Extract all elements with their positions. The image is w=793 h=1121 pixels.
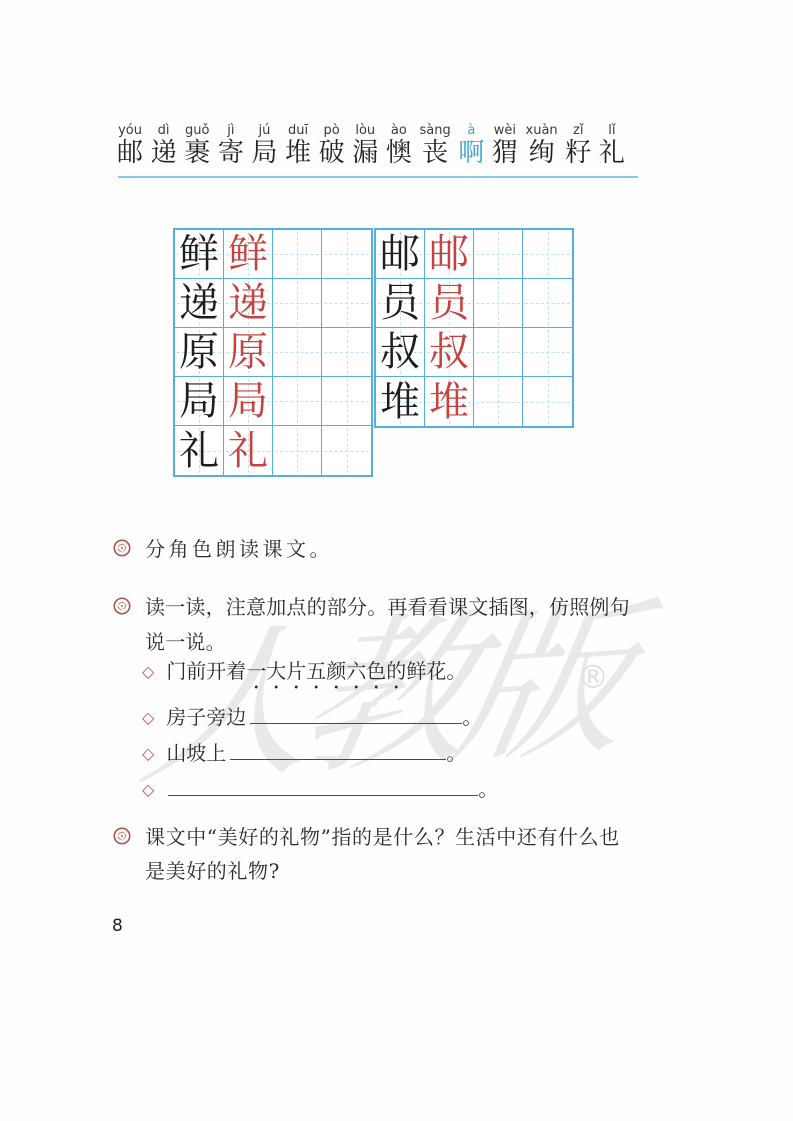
grid-cell-empty (322, 328, 371, 377)
grid-cell-empty (322, 426, 371, 475)
hanzi-char: 堆 (285, 138, 311, 168)
sentence-suffix: 鲜花 (406, 659, 446, 683)
answer-blank-line (168, 780, 478, 796)
grid-cell-trace: 叔 (425, 328, 474, 377)
pinyin-label: xuàn (526, 124, 558, 138)
fill-blank-row-3: ◇。 (142, 776, 498, 803)
fill-blank-row-1: ◇房子旁边。 (142, 704, 482, 731)
hanzi-char: 猬 (492, 138, 518, 168)
grid-cell-model: 递 (175, 279, 224, 328)
grid-cell-empty (474, 279, 523, 328)
diamond-bullet-icon: ◇ (142, 708, 154, 727)
grid-cell-empty (322, 377, 371, 426)
hanzi-char: 局 (251, 138, 277, 168)
grid-cell-empty (474, 328, 523, 377)
pinyin-label: lòu (355, 124, 375, 138)
grid-cell-empty (474, 377, 523, 426)
hanzi-char: 寄 (218, 138, 244, 168)
hanzi-char: 籽 (565, 138, 591, 168)
exercise-1-text: 分角色朗读课文。 (145, 536, 333, 562)
grid-cell-model: 堆 (376, 377, 425, 426)
word-item: lòu漏 (352, 124, 378, 168)
hanzi-char: 递 (151, 138, 177, 168)
diamond-bullet-icon: ◇ (142, 780, 154, 799)
hanzi-char: 礼 (599, 138, 625, 168)
pinyin-word-list: yóu邮 dì递 guǒ裹 jì寄 jú局 duī堆 pò破 lòu漏 ào懊 … (117, 124, 625, 168)
grid-cell-empty (322, 230, 371, 279)
grid-cell-empty (523, 230, 572, 279)
grid-cell-empty (273, 230, 322, 279)
diamond-bullet-icon: ◇ (142, 662, 154, 681)
grid-cell-trace: 局 (224, 377, 273, 426)
word-item: dì递 (151, 124, 177, 168)
hanzi-char: 丧 (422, 138, 448, 168)
grid-cell-empty (273, 426, 322, 475)
grid-cell-empty (273, 279, 322, 328)
grid-cell-model: 礼 (175, 426, 224, 475)
hanzi-char: 破 (319, 138, 345, 168)
hanzi-char: 邮 (117, 138, 143, 168)
grid-cell-model: 叔 (376, 328, 425, 377)
grid-cell-trace: 鲜 (224, 230, 273, 279)
grid-cell-empty (474, 230, 523, 279)
pinyin-label: pò (324, 124, 340, 138)
pinyin-label: sàng (419, 124, 450, 138)
exercise-bullet-icon (113, 827, 131, 845)
pinyin-label: à (467, 124, 475, 138)
grid-cell-empty (322, 279, 371, 328)
grid-cell-trace: 邮 (425, 230, 474, 279)
grid-cell-empty (523, 377, 572, 426)
pinyin-label: wèi (494, 124, 516, 138)
page-number: 8 (112, 916, 123, 936)
exercise-3-text-line1: 课文中“美好的礼物”指的是什么？生活中还有什么也 (145, 824, 620, 850)
textbook-page: 人教版 ® yóu邮 dì递 guǒ裹 jì寄 jú局 duī堆 pò破 lòu… (0, 0, 793, 1121)
word-item: xuàn绚 (526, 124, 558, 168)
pinyin-label: lǐ (608, 124, 615, 138)
grid-cell-model: 邮 (376, 230, 425, 279)
writing-grid-left: 鲜 鲜 递 递 原 原 局 局 礼 礼 (173, 228, 373, 477)
word-item: sàng丧 (419, 124, 450, 168)
grid-cell-model: 员 (376, 279, 425, 328)
blank-prefix: 房子旁边 (166, 705, 246, 729)
grid-cell-empty (523, 279, 572, 328)
exercise-bullet-icon (113, 597, 131, 615)
blank-period: 。 (446, 741, 466, 765)
example-sentence: ◇门前开着一大片五颜六色的鲜花。 (142, 658, 466, 694)
grid-cell-trace: 员 (425, 279, 474, 328)
registered-trademark-icon: ® (577, 658, 609, 696)
pinyin-label: guǒ (185, 124, 209, 138)
grid-cell-trace: 堆 (425, 377, 474, 426)
diamond-bullet-icon: ◇ (142, 744, 154, 763)
exercise-2-text-line1: 读一读，注意加点的部分。再看看课文插图，仿照例句 (145, 594, 630, 620)
sentence-period: 。 (446, 659, 466, 683)
hanzi-char: 懊 (386, 138, 412, 168)
answer-blank-line (250, 708, 462, 724)
grid-cell-trace: 礼 (224, 426, 273, 475)
hanzi-char: 漏 (352, 138, 378, 168)
grid-cell-trace: 原 (224, 328, 273, 377)
grid-cell-model: 局 (175, 377, 224, 426)
hanzi-char: 裹 (184, 138, 210, 168)
divider-line (118, 176, 638, 178)
exercise-2-text-line2: 说一说。 (145, 629, 226, 655)
word-item: yóu邮 (117, 124, 143, 168)
grid-cell-empty (273, 328, 322, 377)
fill-blank-row-2: ◇山坡上。 (142, 740, 466, 767)
pinyin-label: ào (391, 124, 407, 138)
word-item: zǐ籽 (565, 124, 591, 168)
word-item-highlighted: à啊 (458, 124, 484, 168)
word-item: jì寄 (218, 124, 244, 168)
word-item: pò破 (319, 124, 345, 168)
writing-grid-right: 邮 邮 员 员 叔 叔 堆 堆 (374, 228, 574, 428)
pinyin-label: yóu (118, 124, 142, 138)
exercise-3-text-line2: 是美好的礼物? (145, 858, 280, 884)
grid-cell-trace: 递 (224, 279, 273, 328)
blank-period: 。 (478, 777, 498, 801)
word-item: wèi猬 (492, 124, 518, 168)
grid-cell-model: 鲜 (175, 230, 224, 279)
answer-blank-line (230, 744, 446, 760)
word-item: ào懊 (386, 124, 412, 168)
grid-cell-model: 原 (175, 328, 224, 377)
pinyin-label: jì (227, 124, 234, 138)
sentence-prefix: 门前开着 (166, 659, 246, 683)
word-item: duī堆 (285, 124, 311, 168)
pinyin-label: jú (259, 124, 271, 138)
sentence-emphasized: 一大片五颜六色的 (246, 659, 406, 683)
pinyin-label: duī (288, 124, 308, 138)
word-item: guǒ裹 (184, 124, 210, 168)
hanzi-char: 绚 (529, 138, 555, 168)
hanzi-char: 啊 (458, 138, 484, 168)
exercise-bullet-icon (113, 539, 131, 557)
grid-cell-empty (523, 328, 572, 377)
blank-prefix: 山坡上 (166, 741, 226, 765)
pinyin-label: zǐ (573, 124, 583, 138)
blank-period: 。 (462, 705, 482, 729)
word-item: lǐ礼 (599, 124, 625, 168)
pinyin-label: dì (158, 124, 170, 138)
grid-cell-empty (273, 377, 322, 426)
word-item: jú局 (251, 124, 277, 168)
